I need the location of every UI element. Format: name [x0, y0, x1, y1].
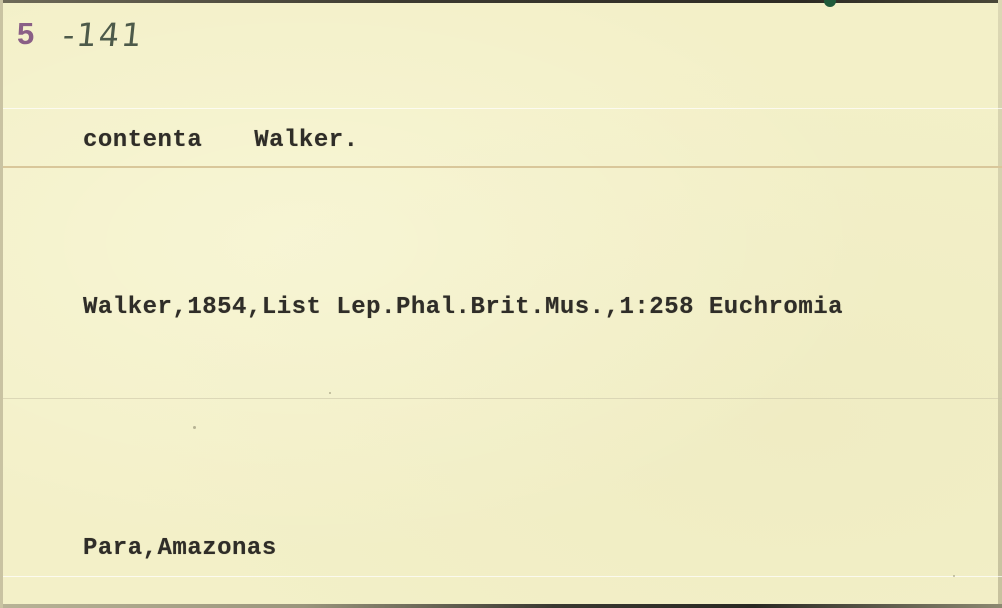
- species-name: contenta: [83, 127, 202, 154]
- paper-speck: [953, 575, 955, 577]
- ruled-line-header: [3, 166, 1002, 168]
- handwritten-card-number: -141: [61, 16, 146, 54]
- paper-speck: [329, 392, 331, 394]
- type-locality: Para,Amazonas: [83, 535, 277, 562]
- card-top-edge: [3, 0, 1002, 3]
- ruled-line: [3, 108, 1002, 109]
- card-bottom-edge: [3, 604, 1002, 608]
- card-right-edge: [998, 0, 1002, 608]
- index-card: 5 -141 contentaWalker. Walker,1854,List …: [0, 0, 1002, 608]
- ruled-line: [3, 576, 1002, 577]
- tab-marker: [824, 0, 836, 7]
- bibliographic-citation: Walker,1854,List Lep.Phal.Brit.Mus.,1:25…: [83, 294, 843, 321]
- paper-speck: [193, 426, 196, 429]
- ruled-line: [3, 398, 1002, 399]
- species-author: Walker.: [254, 127, 358, 154]
- stamped-card-number: 5: [17, 16, 35, 52]
- species-heading: contentaWalker.: [83, 127, 359, 154]
